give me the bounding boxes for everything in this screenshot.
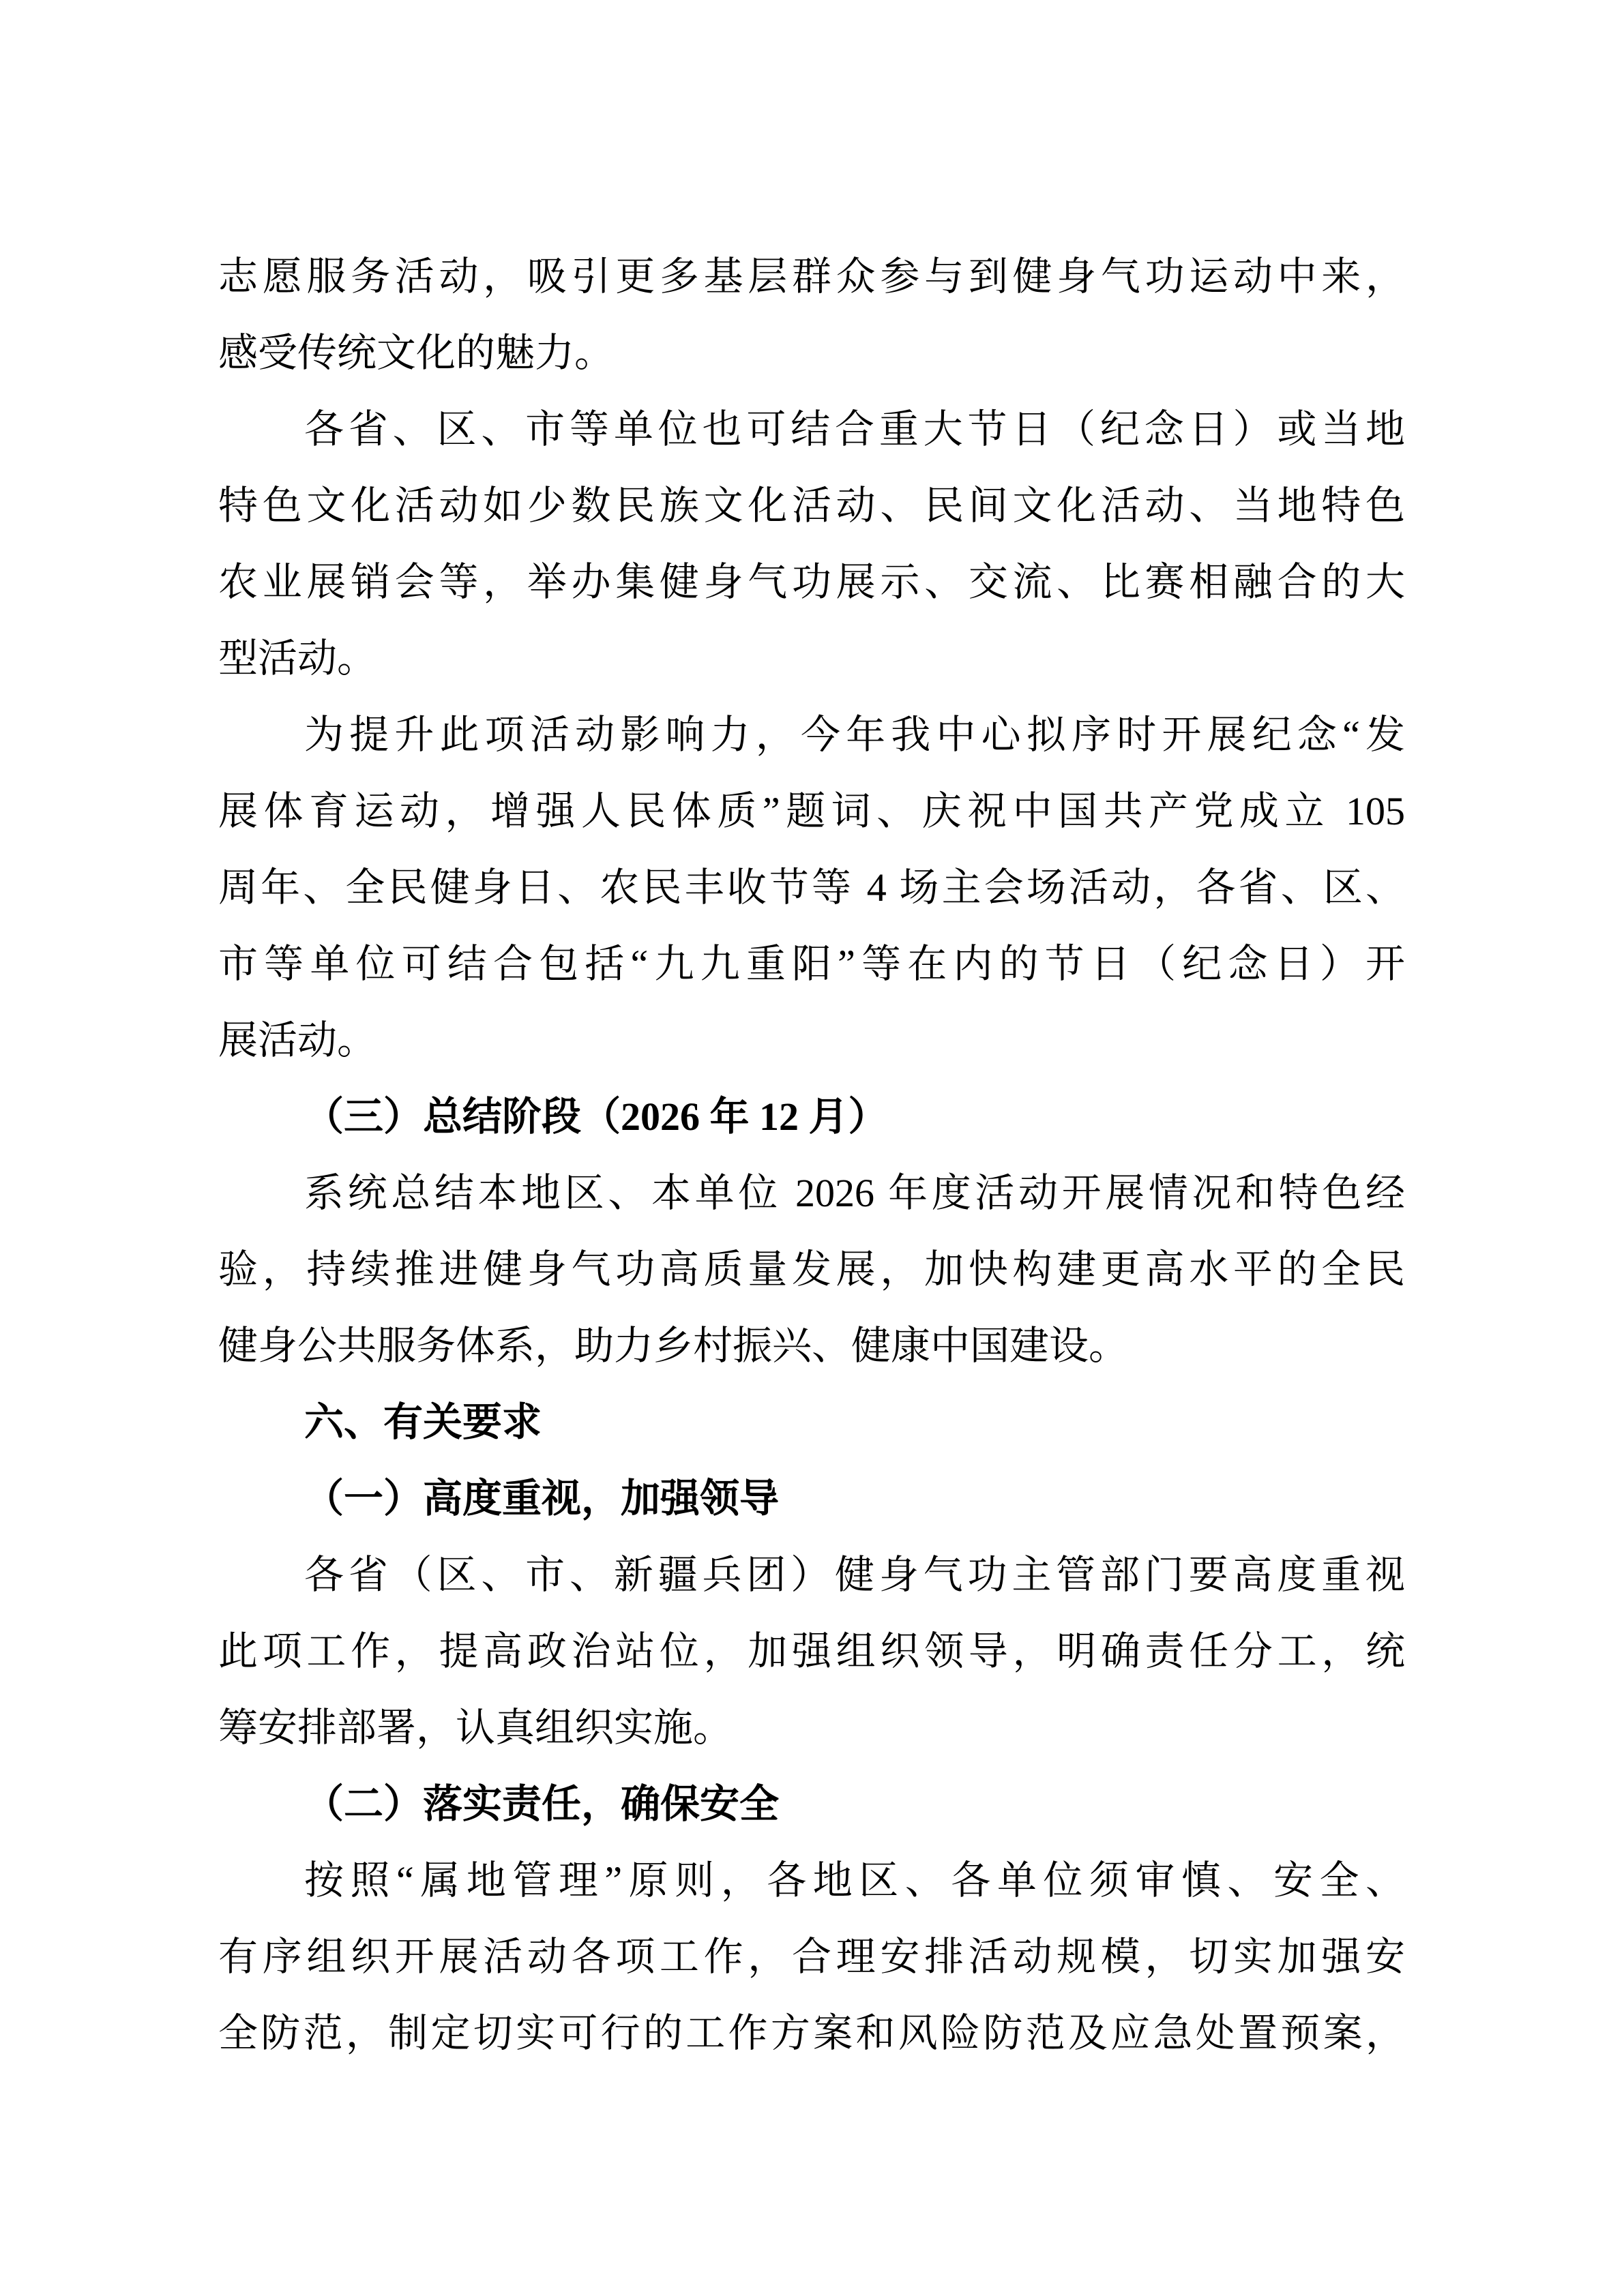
body-line: 市等单位可结合包括“九九重阳”等在内的节日（纪念日）开 — [218, 926, 1405, 1002]
heading-stage-3-summary: （三）总结阶段（2026 年 12 月） — [218, 1079, 1405, 1155]
body-line: 特色文化活动如少数民族文化活动、民间文化活动、当地特色 — [218, 468, 1405, 544]
body-line-paragraph-end: 筹安排部署，认真组织实施。 — [218, 1690, 1405, 1766]
heading-6-2-ensure-safety: （二）落实责任，确保安全 — [218, 1766, 1405, 1843]
body-line-paragraph-start: 各省、区、市等单位也可结合重大节日（纪念日）或当地 — [218, 391, 1405, 468]
body-line: 农业展销会等，举办集健身气功展示、交流、比赛相融合的大 — [218, 544, 1405, 621]
body-line-paragraph-start: 系统总结本地区、本单位 2026 年度活动开展情况和特色经 — [218, 1155, 1405, 1232]
body-line-paragraph-start: 为提升此项活动影响力，今年我中心拟序时开展纪念“发 — [218, 697, 1405, 773]
body-line: 全防范，制定切实可行的工作方案和风险防范及应急处置预案， — [218, 1995, 1405, 2072]
body-line-paragraph-end: 展活动。 — [218, 1002, 1405, 1079]
body-line: 有序组织开展活动各项工作，合理安排活动规模，切实加强安 — [218, 1919, 1405, 1995]
body-line-paragraph-end: 型活动。 — [218, 621, 1405, 697]
document-text-block: 志愿服务活动，吸引更多基层群众参与到健身气功运动中来， 感受传统文化的魅力。 各… — [218, 239, 1405, 2072]
document-page: 志愿服务活动，吸引更多基层群众参与到健身气功运动中来， 感受传统文化的魅力。 各… — [0, 0, 1624, 2296]
body-line: 志愿服务活动，吸引更多基层群众参与到健身气功运动中来， — [218, 239, 1405, 315]
body-line: 周年、全民健身日、农民丰收节等 4 场主会场活动，各省、区、 — [218, 850, 1405, 926]
body-line: 展体育运动，增强人民体质”题词、庆祝中国共产党成立 105 — [218, 773, 1405, 850]
body-line: 此项工作，提高政治站位，加强组织领导，明确责任分工，统 — [218, 1613, 1405, 1690]
body-line: 验，持续推进健身气功高质量发展，加快构建更高水平的全民 — [218, 1232, 1405, 1308]
body-line-paragraph-start: 各省（区、市、新疆兵团）健身气功主管部门要高度重视 — [218, 1537, 1405, 1613]
heading-6-1-attach-importance: （一）高度重视，加强领导 — [218, 1461, 1405, 1537]
heading-section-6-requirements: 六、有关要求 — [218, 1384, 1405, 1461]
body-line-paragraph-end: 健身公共服务体系，助力乡村振兴、健康中国建设。 — [218, 1308, 1405, 1384]
body-line-paragraph-start: 按照“属地管理”原则，各地区、各单位须审慎、安全、 — [218, 1843, 1405, 1919]
body-line-paragraph-end: 感受传统文化的魅力。 — [218, 315, 1405, 391]
